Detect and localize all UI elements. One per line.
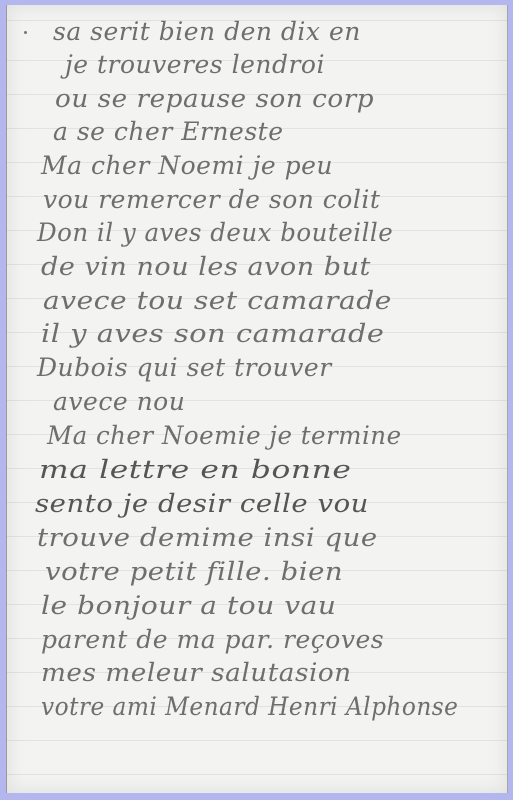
letter-line-7: Don il y aves deux bouteille xyxy=(37,218,393,247)
letter-line-1: sa serit bien den dix en xyxy=(53,17,361,46)
letter-line-5: Ma cher Noemi je peu xyxy=(41,151,333,180)
letter-line-13: Ma cher Noemie je termine xyxy=(47,421,402,450)
letter-page: sa serit bien den dix en je trouveres le… xyxy=(6,5,508,793)
letter-line-15: sento je desir celle vou xyxy=(35,489,369,518)
letter-line-8: de vin nou les avon but xyxy=(41,252,371,281)
letter-line-17: votre petit fille. bien xyxy=(45,557,343,586)
letter-line-19: parent de ma par. reçoves xyxy=(41,625,384,654)
letter-line-16: trouve demime insi que xyxy=(37,523,378,552)
letter-line-3: ou se repause son corp xyxy=(55,84,374,113)
letter-line-2: je trouveres lendroi xyxy=(65,50,325,79)
letter-line-4: a se cher Erneste xyxy=(53,117,284,146)
ink-speck xyxy=(24,31,27,34)
letter-line-20: mes meleur salutasion xyxy=(41,658,352,687)
letter-signature: votre ami Menard Henri Alphonse xyxy=(41,692,458,721)
letter-line-10: il y aves son camarade xyxy=(41,319,385,348)
letter-line-9: avece tou set camarade xyxy=(43,286,392,315)
letter-line-6: vou remercer de son colit xyxy=(43,185,380,214)
letter-line-14: ma lettre en bonne xyxy=(39,455,352,484)
letter-line-11: Dubois qui set trouver xyxy=(37,353,332,382)
letter-line-12: avece nou xyxy=(53,387,185,416)
letter-line-18: le bonjour a tou vau xyxy=(41,591,336,620)
